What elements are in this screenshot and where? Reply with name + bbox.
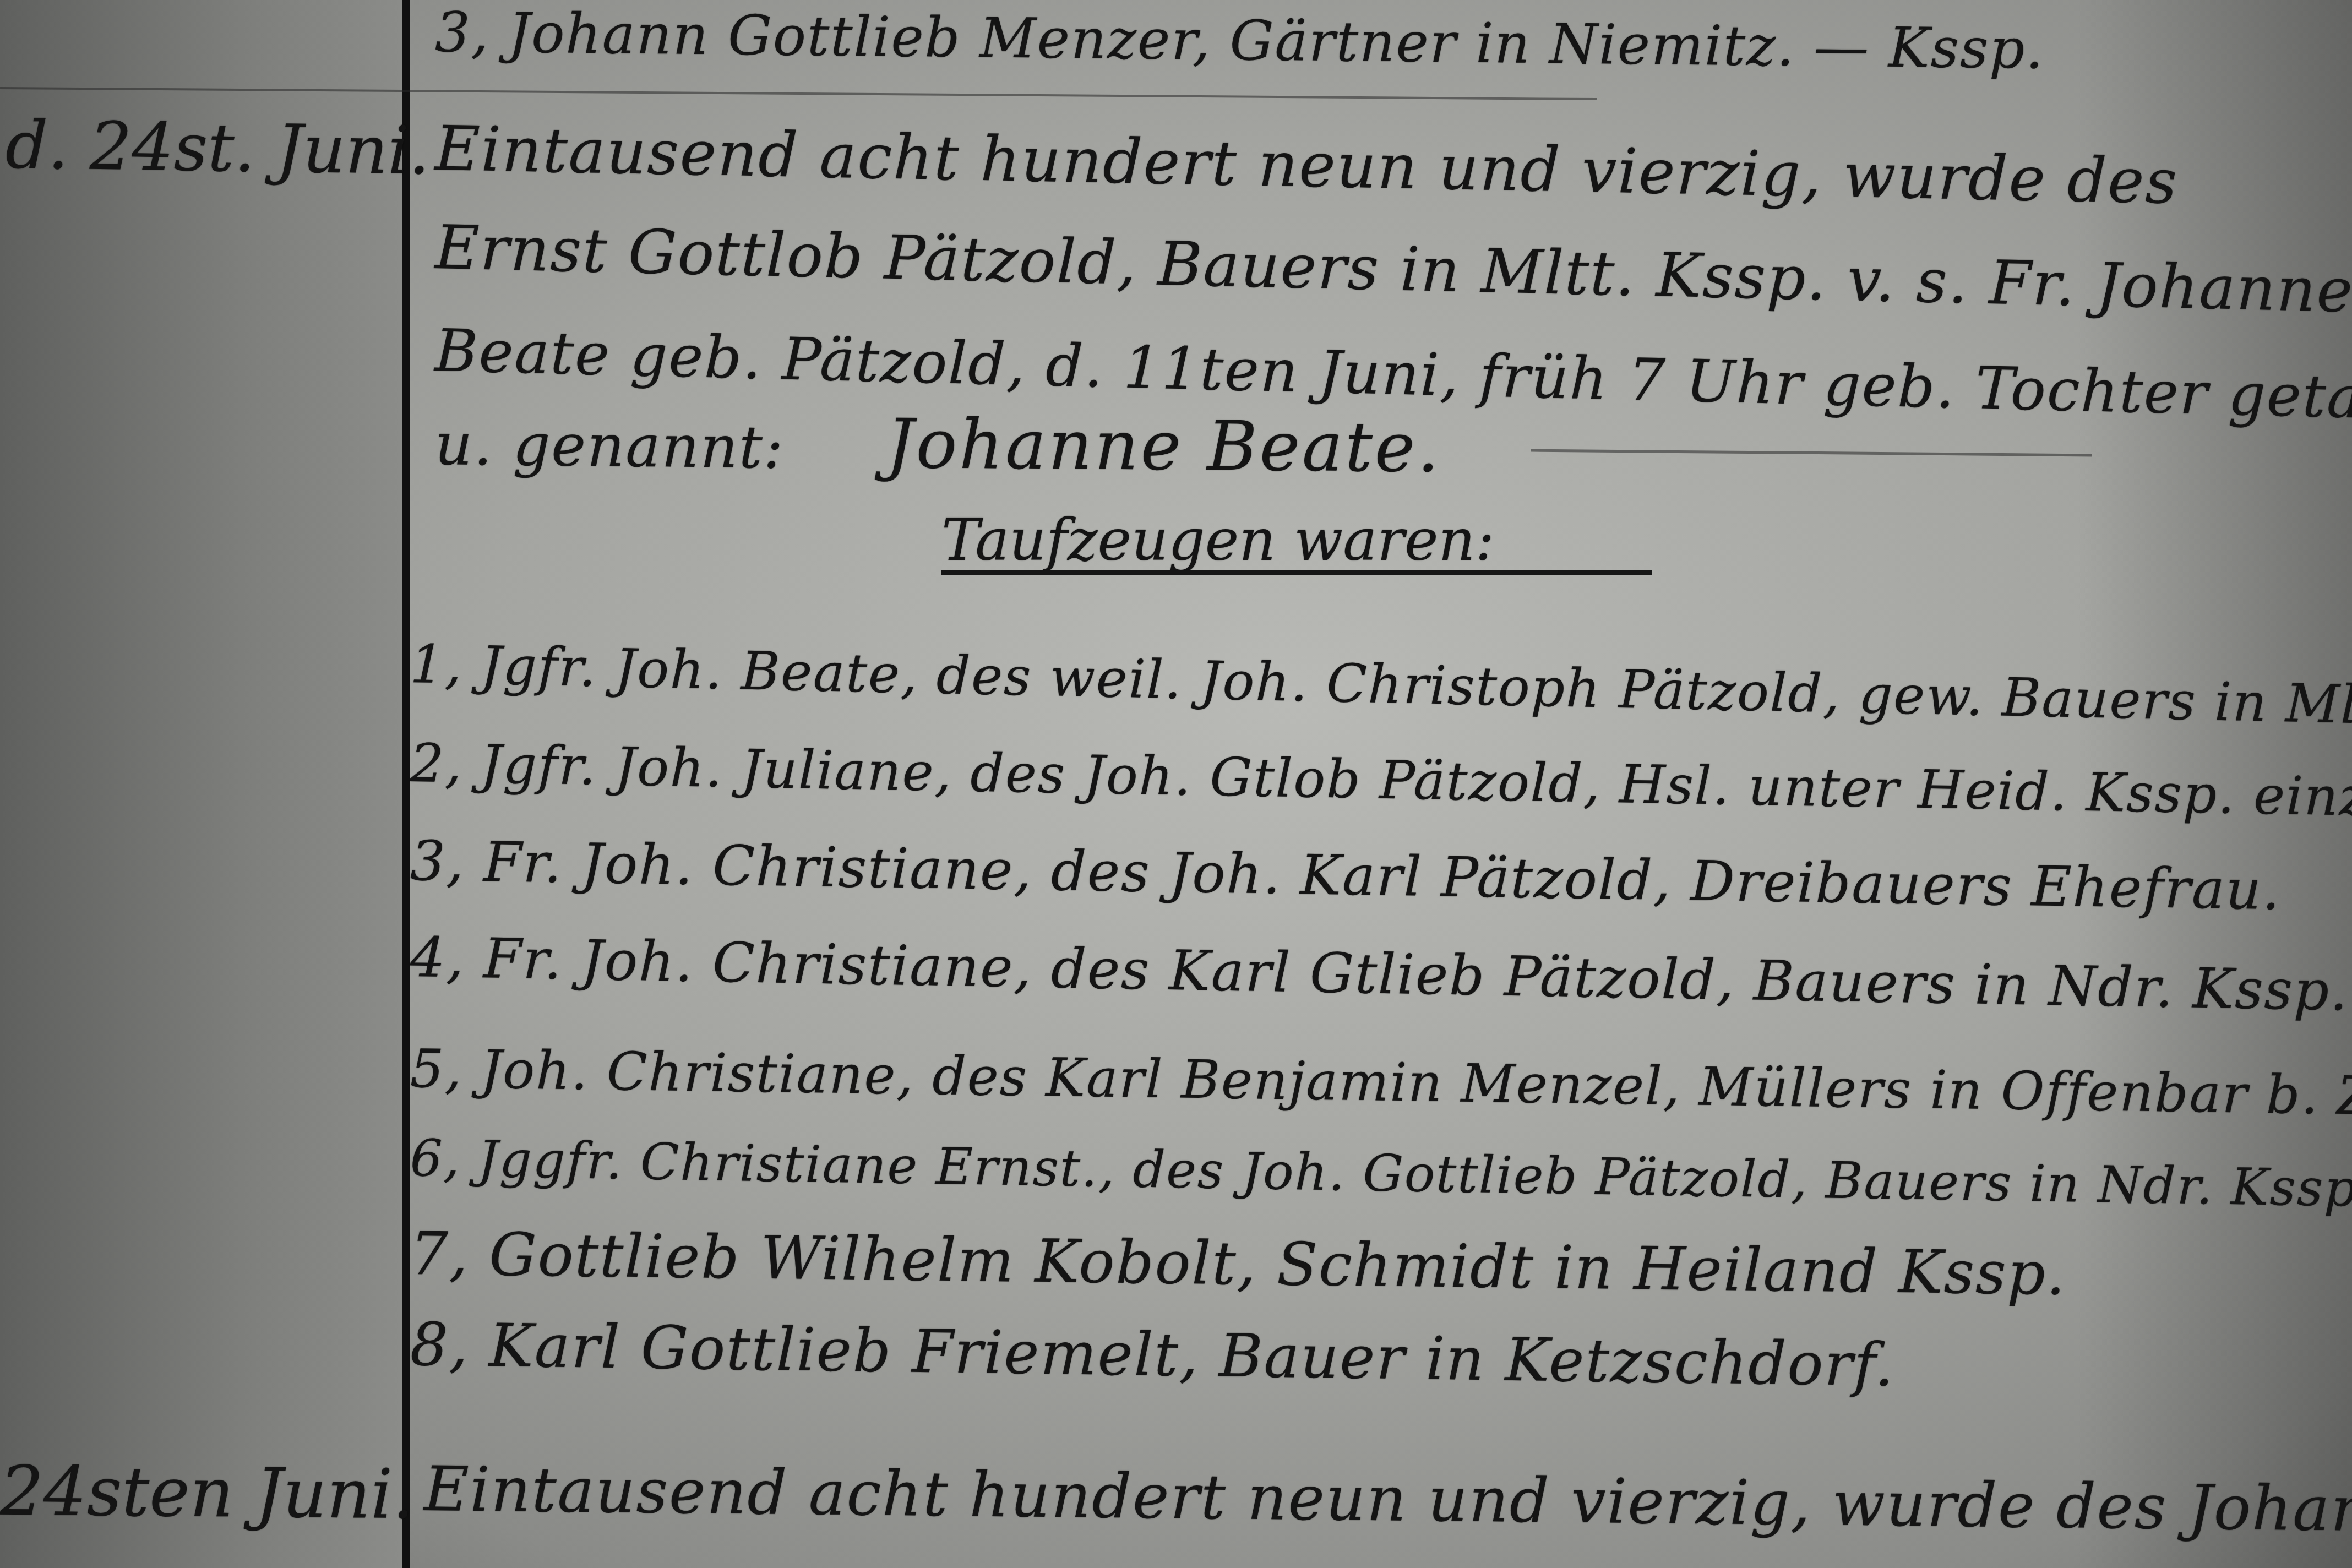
entry-line-4: u. genannt:	[434, 410, 785, 482]
entry-line-2: Ernst Gottlob Pätzold, Bauers in Mltt. K…	[434, 212, 2352, 326]
previous-entry-witness-line: 3, Johann Gottlieb Menzer, Gärtner in Ni…	[434, 0, 2045, 81]
witness-4: 4, Fr. Joh. Christiane, des Karl Gtlieb …	[410, 925, 2352, 1026]
witness-heading: Taufzeugen waren:	[941, 507, 1495, 574]
witness-7: 7, Gottlieb Wilhelm Kobolt, Schmidt in H…	[410, 1219, 2067, 1309]
next-entry-line-1: Eintausend acht hundert neun und vierzig…	[423, 1453, 2352, 1546]
witness-heading-underline	[941, 570, 1652, 575]
margin-column	[0, 0, 402, 1568]
entry-line-1: Eintausend acht hundert neun und vierzig…	[434, 113, 2179, 218]
name-fill-line	[1531, 449, 2092, 457]
margin-rule	[402, 0, 410, 1568]
witness-8: 8, Karl Gottlieb Friemelt, Bauer in Ketz…	[410, 1310, 1895, 1400]
witness-3: 3, Fr. Joh. Christiane, des Joh. Karl Pä…	[410, 829, 2282, 922]
child-name: Johanne Beate.	[886, 405, 1441, 488]
next-entry-margin-date: 24sten Juni.	[0, 1452, 415, 1535]
register-page: 3, Johann Gottlieb Menzer, Gärtner in Ni…	[0, 0, 2352, 1568]
entry-margin-date: d. 24st. Juni.	[5, 107, 431, 190]
witness-6: 6, Jggfr. Christiane Ernst., des Joh. Go…	[410, 1129, 2352, 1224]
witness-1: 1, Jgfr. Joh. Beate, des weil. Joh. Chri…	[410, 633, 2352, 749]
witness-2: 2, Jgfr. Joh. Juliane, des Joh. Gtlob Pä…	[410, 732, 2352, 832]
witness-5: 5, Joh. Christiane, des Karl Benjamin Me…	[410, 1038, 2352, 1131]
